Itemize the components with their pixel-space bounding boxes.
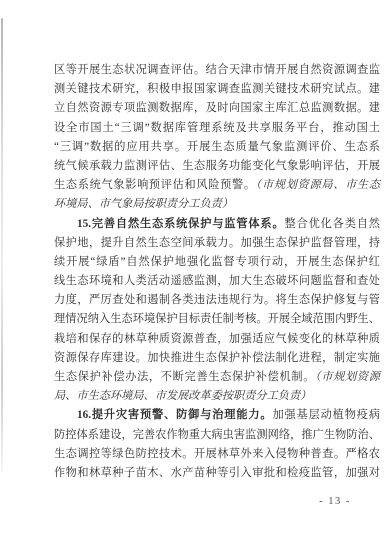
document-page: 区等开展生态状况调查评估。结合天津市情开展自然资源调查监测关键技术研究，积极申报… bbox=[0, 0, 390, 551]
body-text: 理情况纳入生态环境保护目标责任制考核。开展全域范围内野生、 bbox=[54, 313, 380, 325]
text-line: 防控体系建设，完善农作物重大病虫害监测网络，推广生物防治、 bbox=[54, 426, 380, 445]
text-line: 15.完善自然生态系统保护与监管体系。整合优化各类自然 bbox=[54, 215, 380, 234]
responsible-dept-text: （市规划资源 bbox=[315, 371, 380, 383]
text-line: 环境局、市气象局按职责分工负责） bbox=[54, 195, 380, 214]
text-line: 生态保护补偿办法，不断完善生态保护补偿机制。（市规划资源 bbox=[54, 368, 380, 387]
text-line: 资源保存库建设。加快推进生态保护补偿法制化进程，制定实施 bbox=[54, 349, 380, 368]
item-heading-text: 16.提升灾害预警、防御与治理能力。 bbox=[77, 409, 272, 421]
text-line: 保护地，提升自然生态空间承载力。加强生态保护监督管理，持 bbox=[54, 234, 380, 253]
body-text: 设全市国土“三调”数据库管理系统及共享服务平台，推动国土 bbox=[54, 122, 380, 134]
body-text: 区等开展生态状况调查评估。结合天津市情开展自然资源调查监 bbox=[54, 64, 380, 76]
text-line: 设全市国土“三调”数据库管理系统及共享服务平台，推动国土 bbox=[54, 119, 380, 138]
body-text: 测关键技术研究，积极申报国家调查监测关键技术研究试点。建 bbox=[54, 83, 380, 95]
body-text: 加强基层动植物疫病 bbox=[272, 409, 380, 421]
text-line: 力度，严厉查处和遏制各类违法违规行为。将生态保护修复与管 bbox=[54, 291, 380, 310]
text-line: 理情况纳入生态环境保护目标责任制考核。开展全域范围内野生、 bbox=[54, 310, 380, 329]
text-line: 16.提升灾害预警、防御与治理能力。加强基层动植物疫病 bbox=[54, 406, 380, 425]
text-line: 续开展“绿盾”自然保护地强化监督专项行动，开展生态保护红 bbox=[54, 253, 380, 272]
text-line: 生态调控等绿色防控技术。开展林草外来入侵物种普查。严格农 bbox=[54, 445, 380, 464]
body-text: 保护地，提升自然生态空间承载力。加强生态保护监督管理，持 bbox=[54, 237, 380, 249]
body-text: 资源保存库建设。加快推进生态保护补偿法制化进程，制定实施 bbox=[54, 352, 380, 364]
body-text: 生态系统气象影响预评估和风险预警。 bbox=[54, 179, 256, 191]
body-text: 生态调控等绿色防控技术。开展林草外来入侵物种普查。严格农 bbox=[54, 448, 380, 460]
body-text: 生态保护补偿办法，不断完善生态保护补偿机制。 bbox=[54, 371, 315, 383]
text-line: 区等开展生态状况调查评估。结合天津市情开展自然资源调查监 bbox=[54, 61, 380, 80]
text-block: 区等开展生态状况调查评估。结合天津市情开展自然资源调查监测关键技术研究，积极申报… bbox=[54, 61, 380, 483]
page-number: - 13 - bbox=[0, 496, 390, 507]
text-line: 生态系统气象影响预评估和风险预警。（市规划资源局、市生态 bbox=[54, 176, 380, 195]
scan-edge-shadow bbox=[1, 18, 3, 473]
responsible-dept-text: 局、市生态环境局、市发展改革委按职责分工负责） bbox=[54, 390, 311, 402]
body-text: 防控体系建设，完善农作物重大病虫害监测网络，推广生物防治、 bbox=[54, 429, 380, 441]
body-text: “三调”数据的应用共享。开展生态质量气象监测评价、生态系 bbox=[54, 141, 380, 153]
body-text: 力度，严厉查处和遏制各类违法违规行为。将生态保护修复与管 bbox=[54, 294, 380, 306]
text-line: 立自然资源专项监测数据库，及时向国家主库汇总监测数据。建 bbox=[54, 99, 380, 118]
body-text: 整合优化各类自然 bbox=[285, 218, 380, 230]
responsible-dept-text: 环境局、市气象局按职责分工负责） bbox=[54, 198, 233, 210]
body-text: 栽培和保存的林草种质资源普查，加强适应气候变化的林草种质 bbox=[54, 333, 380, 345]
item-heading-text: 15.完善自然生态系统保护与监管体系。 bbox=[77, 218, 285, 230]
body-text: 立自然资源专项监测数据库，及时向国家主库汇总监测数据。建 bbox=[54, 102, 380, 114]
body-text: 作物和林草种子苗木、水产苗种等引入审批和检疫监管，加强对 bbox=[54, 467, 380, 479]
body-text: 线生态环境和人类活动遥感监测，加大生态破坏问题监督和查处 bbox=[54, 275, 380, 287]
body-text: 统气候承载力监测评估、生态服务功能变化气象影响评估，开展 bbox=[54, 160, 380, 172]
text-line: 线生态环境和人类活动遥感监测，加大生态破坏问题监督和查处 bbox=[54, 272, 380, 291]
text-line: 栽培和保存的林草种质资源普查，加强适应气候变化的林草种质 bbox=[54, 330, 380, 349]
text-line: 统气候承载力监测评估、生态服务功能变化气象影响评估，开展 bbox=[54, 157, 380, 176]
responsible-dept-text: （市规划资源局、市生态 bbox=[256, 179, 380, 191]
text-line: 局、市生态环境局、市发展改革委按职责分工负责） bbox=[54, 387, 380, 406]
body-text: 续开展“绿盾”自然保护地强化监督专项行动，开展生态保护红 bbox=[54, 256, 380, 268]
text-line: “三调”数据的应用共享。开展生态质量气象监测评价、生态系 bbox=[54, 138, 380, 157]
text-line: 作物和林草种子苗木、水产苗种等引入审批和检疫监管，加强对 bbox=[54, 464, 380, 483]
text-line: 测关键技术研究，积极申报国家调查监测关键技术研究试点。建 bbox=[54, 80, 380, 99]
